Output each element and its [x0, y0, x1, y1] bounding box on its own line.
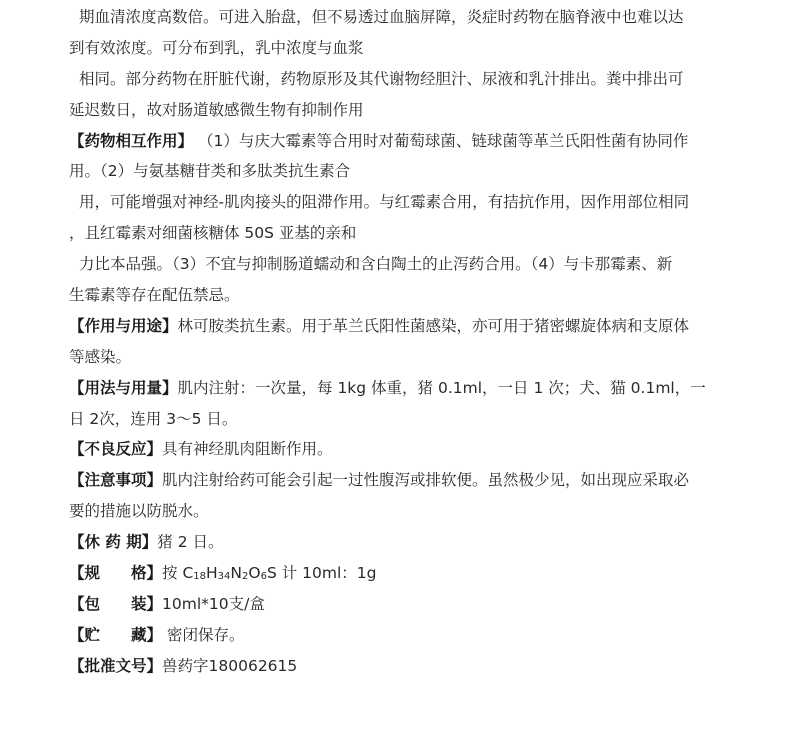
- text-line: 生霉素等存在配伍禁忌。: [69, 280, 745, 311]
- section-label: 【药物相互作用】: [69, 132, 193, 150]
- adverse-reactions-section: 【不良反应】具有神经肌肉阻断作用。: [69, 434, 745, 465]
- dosage-section: 【用法与用量】肌内注射：一次量，每 1kg 体重，猪 0.1ml，一日 1 次；…: [69, 373, 745, 435]
- section-text: 具有神经肌肉阻断作用。: [162, 440, 333, 458]
- storage-section: 【贮 藏】 密闭保存。: [69, 620, 745, 651]
- text-line: 要的措施以防脱水。: [69, 496, 745, 527]
- section-text: 林可胺类抗生素。用于革兰氏阳性菌感染，亦可用于猪密螺旋体病和支原体: [178, 317, 690, 335]
- text-line: 期血清浓度高数倍。可进入胎盘，但不易透过血脑屏障，炎症时药物在脑脊液中也难以达: [69, 2, 745, 33]
- section-text: 密闭保存。: [162, 626, 244, 644]
- precautions-section: 【注意事项】肌内注射给药可能会引起一过性腹泻或排软便。虽然极少见，如出现应采取必…: [69, 465, 745, 527]
- packaging-section: 【包 装】10ml*10支/盒: [69, 589, 745, 620]
- specification-section: 【规 格】按 C18H34N2O6S 计 10ml：1g: [69, 558, 745, 589]
- section-label: 【包 装】: [69, 595, 162, 613]
- formula-subscript: 34: [218, 571, 231, 582]
- section-text: （1）与庆大霉素等合用时对葡萄球菌、链球菌等革兰氏阳性菌有协同作: [198, 132, 688, 150]
- formula-element: H: [206, 564, 218, 582]
- section-label: 【休 药 期】: [69, 533, 157, 551]
- text-line: 相同。部分药物在肝脏代谢，药物原形及其代谢物经胆汁、尿液和乳汁排出。粪中排出可: [69, 64, 745, 95]
- section-label: 【用法与用量】: [69, 379, 178, 397]
- text-line: 【作用与用途】林可胺类抗生素。用于革兰氏阳性菌感染，亦可用于猪密螺旋体病和支原体: [69, 311, 745, 342]
- spec-suffix: 计 10ml：1g: [277, 564, 377, 582]
- text-line: 延迟数日，故对肠道敏感微生物有抑制作用: [69, 95, 745, 126]
- formula-element: N: [230, 564, 242, 582]
- formula-element: C: [182, 564, 193, 582]
- drug-leaflet: 期血清浓度高数倍。可进入胎盘，但不易透过血脑屏障，炎症时药物在脑脊液中也难以达 …: [69, 2, 745, 682]
- interactions-section: 【药物相互作用】 （1）与庆大霉素等合用时对葡萄球菌、链球菌等革兰氏阳性菌有协同…: [69, 126, 745, 311]
- text-line: 到有效浓度。可分布到乳，乳中浓度与血浆: [69, 33, 745, 64]
- section-label: 【不良反应】: [69, 440, 162, 458]
- section-text: 10ml*10支/盒: [162, 595, 265, 613]
- section-text: 肌内注射给药可能会引起一过性腹泻或排软便。虽然极少见，如出现应采取必: [162, 471, 689, 489]
- section-label: 【规 格】: [69, 564, 162, 582]
- text-line: 用，可能增强对神经-肌肉接头的阻滞作用。与红霉素合用，有拮抗作用，因作用部位相同: [69, 187, 745, 218]
- section-label: 【贮 藏】: [69, 626, 162, 644]
- section-label: 【批准文号】: [69, 657, 162, 675]
- pharmacokinetics-section: 期血清浓度高数倍。可进入胎盘，但不易透过血脑屏障，炎症时药物在脑脊液中也难以达 …: [69, 2, 745, 126]
- formula-element: S: [267, 564, 277, 582]
- formula-subscript: 18: [193, 571, 206, 582]
- withdrawal-period-section: 【休 药 期】猪 2 日。: [69, 527, 745, 558]
- spec-prefix: 按: [162, 564, 182, 582]
- indications-section: 【作用与用途】林可胺类抗生素。用于革兰氏阳性菌感染，亦可用于猪密螺旋体病和支原体…: [69, 311, 745, 373]
- text-line: 用。（2）与氨基糖苷类和多肽类抗生素合: [69, 156, 745, 187]
- formula-element: O: [248, 564, 260, 582]
- text-line: 【药物相互作用】 （1）与庆大霉素等合用时对葡萄球菌、链球菌等革兰氏阳性菌有协同…: [69, 126, 745, 157]
- chemical-formula: C18H34N2O6S: [182, 564, 276, 582]
- section-text: 猪 2 日。: [157, 533, 223, 551]
- section-label: 【注意事项】: [69, 471, 162, 489]
- section-text: 兽药字180062615: [162, 657, 297, 675]
- text-line: ，且红霉素对细菌核糖体 50S 亚基的亲和: [69, 218, 745, 249]
- text-line: 等感染。: [69, 342, 745, 373]
- text-line: 【用法与用量】肌内注射：一次量，每 1kg 体重，猪 0.1ml，一日 1 次；…: [69, 373, 745, 404]
- text-line: 【注意事项】肌内注射给药可能会引起一过性腹泻或排软便。虽然极少见，如出现应采取必: [69, 465, 745, 496]
- text-line: 力比本品强。（3）不宜与抑制肠道蠕动和含白陶土的止泻药合用。（4）与卡那霉素、新: [69, 249, 745, 280]
- text-line: 日 2次，连用 3～5 日。: [69, 404, 745, 435]
- section-label: 【作用与用途】: [69, 317, 178, 335]
- approval-number-section: 【批准文号】兽药字180062615: [69, 651, 745, 682]
- section-text: 肌内注射：一次量，每 1kg 体重，猪 0.1ml，一日 1 次；犬、猫 0.1…: [178, 379, 706, 397]
